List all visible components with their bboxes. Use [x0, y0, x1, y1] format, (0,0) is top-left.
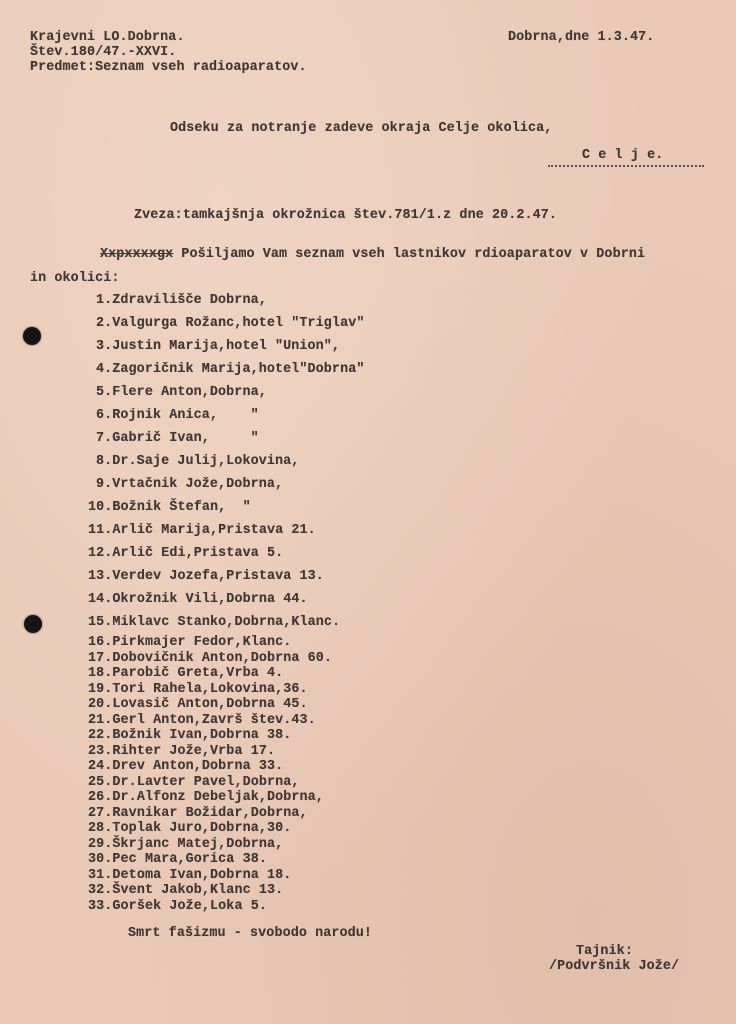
list-item: 2.Valgurga Rožanc,hotel "Triglav"	[96, 316, 364, 331]
list-item: 33.Goršek Jože,Loka 5.	[88, 899, 267, 914]
list-item: 31.Detoma Ivan,Dobrna 18.	[88, 868, 291, 883]
list-item: 27.Ravnikar Božidar,Dobrna,	[88, 806, 308, 821]
list-item: 3.Justin Marija,hotel "Union",	[96, 339, 340, 354]
typewritten-letter: Krajevni LO.Dobrna. Štev.180/47.-XXVI. P…	[0, 0, 736, 1024]
list-item: 22.Božnik Ivan,Dobrna 38.	[88, 728, 291, 743]
intro-line-1: Pošiljamo Vam seznam vseh lastnikov rdio…	[181, 247, 645, 262]
list-item: 23.Rihter Jože,Vrba 17.	[88, 744, 275, 759]
list-item: 12.Arlič Edi,Pristava 5.	[88, 546, 283, 561]
list-item: 8.Dr.Saje Julij,Lokovina,	[96, 454, 299, 469]
signature-title: Tajnik:	[576, 944, 633, 959]
recipient-line: Odseku za notranje zadeve okraja Celje o…	[170, 121, 552, 136]
list-item: 15.Miklavc Stanko,Dobrna,Klanc.	[88, 615, 340, 630]
subject-line: Predmet:Seznam vseh radioaparatov.	[30, 60, 307, 75]
list-item: 18.Parobič Greta,Vrba 4.	[88, 666, 283, 681]
punch-hole-icon	[24, 615, 42, 633]
closing-slogan: Smrt fašizmu - svobodo narodu!	[128, 926, 372, 941]
list-item: 24.Drev Anton,Dobrna 33.	[88, 759, 283, 774]
list-item: 14.Okrožnik Vili,Dobrna 44.	[88, 592, 308, 607]
list-item: 1.Zdravilišče Dobrna,	[96, 293, 267, 308]
list-item: 6.Rojnik Anica, "	[96, 408, 259, 423]
list-item: 13.Verdev Jozefa,Pristava 13.	[88, 569, 324, 584]
punch-hole-icon	[23, 327, 41, 345]
reference-number: Štev.180/47.-XXVI.	[30, 45, 176, 60]
list-item: 26.Dr.Alfonz Debeljak,Dobrna,	[88, 790, 324, 805]
list-item: 17.Dobovičnik Anton,Dobrna 60.	[88, 651, 332, 666]
list-item: 25.Dr.Lavter Pavel,Dobrna,	[88, 775, 300, 790]
list-item: 9.Vrtačnik Jože,Dobrna,	[96, 477, 283, 492]
signature-name: /Podvršnik Jože/	[549, 959, 679, 974]
list-item: 5.Flere Anton,Dobrna,	[96, 385, 267, 400]
list-item: 19.Tori Rahela,Lokovina,36.	[88, 682, 308, 697]
list-item: 28.Toplak Juro,Dobrna,30.	[88, 821, 291, 836]
list-item: 29.Škrjanc Matej,Dobrna,	[88, 837, 283, 852]
city-underline	[548, 165, 704, 170]
intro-paragraph: Xxpxxxxgx Pošiljamo Vam seznam vseh last…	[100, 247, 645, 262]
struck-out-text: Xxpxxxxgx	[100, 247, 173, 262]
list-item: 16.Pirkmajer Fedor,Klanc.	[88, 635, 291, 650]
sender-office: Krajevni LO.Dobrna.	[30, 30, 185, 45]
list-item: 20.Lovasič Anton,Dobrna 45.	[88, 697, 308, 712]
place-date: Dobrna,dne 1.3.47.	[508, 30, 654, 45]
list-item: 11.Arlič Marija,Pristava 21.	[88, 523, 316, 538]
list-item: 4.Zagoričnik Marija,hotel"Dobrna"	[96, 362, 364, 377]
intro-line-2: in okolici:	[30, 271, 120, 286]
list-item: 32.Švent Jakob,Klanc 13.	[88, 883, 283, 898]
reference-line: Zveza:tamkajšnja okrožnica štev.781/1.z …	[134, 208, 557, 223]
list-item: 21.Gerl Anton,Završ štev.43.	[88, 713, 316, 728]
list-item: 7.Gabrič Ivan, "	[96, 431, 259, 446]
list-item: 30.Pec Mara,Gorica 38.	[88, 852, 267, 867]
list-item: 10.Božnik Štefan, "	[88, 500, 251, 515]
recipient-city: C e l j e.	[582, 148, 663, 163]
